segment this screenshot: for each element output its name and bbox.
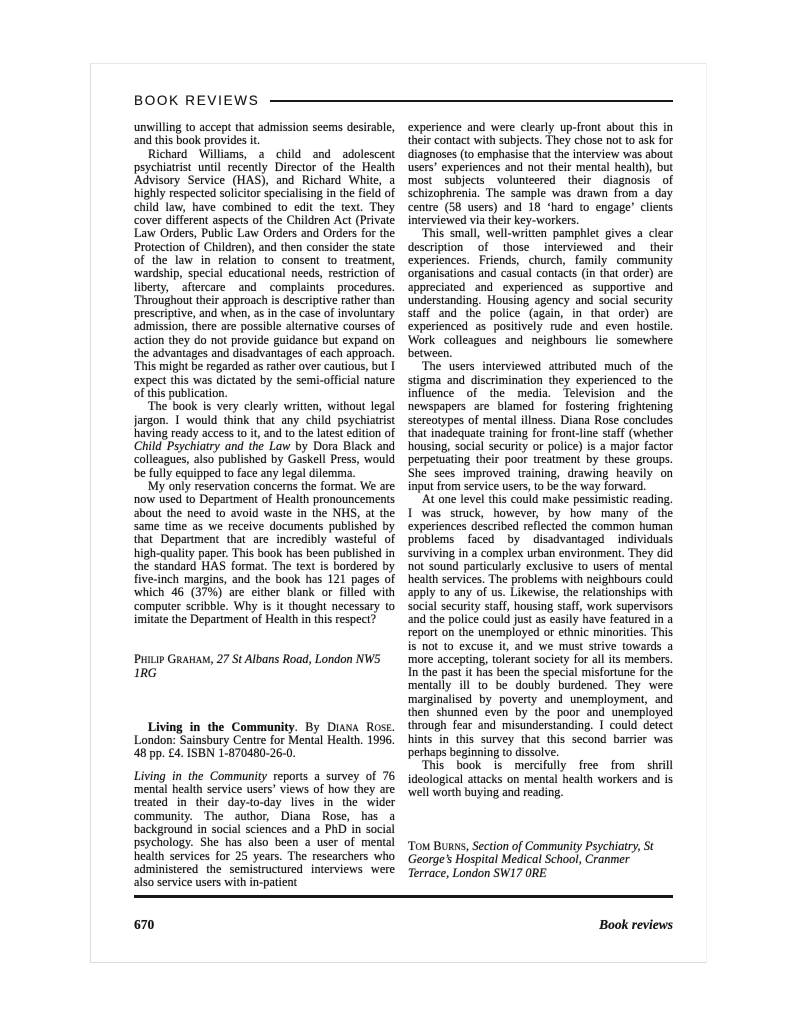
text-columns: unwilling to accept that admission seems… bbox=[134, 121, 673, 895]
body-paragraph: This small, well-written pamphlet gives … bbox=[408, 227, 673, 360]
running-title: Book reviews bbox=[599, 917, 673, 933]
body-paragraph: Living in the Community reports a survey… bbox=[134, 770, 395, 890]
paragraph-text: reports a survey of 76 mental health ser… bbox=[134, 769, 395, 889]
body-paragraph: unwilling to accept that admission seems… bbox=[134, 121, 395, 148]
reviewer-name: Philip Graham bbox=[134, 652, 210, 666]
review-heading: Living in the Community. By Diana Rose. … bbox=[134, 721, 395, 761]
body-paragraph: My only reservation concerns the format.… bbox=[134, 480, 395, 626]
cited-book-title: Child Psychiatry and the Law bbox=[134, 439, 290, 453]
body-paragraph: The book is very clearly written, withou… bbox=[134, 400, 395, 480]
heading-by: . By bbox=[295, 720, 327, 734]
page-header: BOOK REVIEWS bbox=[134, 93, 673, 108]
book-author: Diana Rose bbox=[327, 720, 392, 734]
reviewer-signature: Tom Burns, Section of Community Psychiat… bbox=[408, 840, 673, 880]
body-paragraph: This book is mercifully free from shrill… bbox=[408, 759, 673, 799]
reviewer-signature: Philip Graham, 27 St Albans Road, London… bbox=[134, 653, 395, 680]
body-paragraph: The users interviewed attributed much of… bbox=[408, 360, 673, 493]
column-right: experience and were clearly up-front abo… bbox=[408, 121, 673, 895]
page-number: 670 bbox=[134, 917, 154, 933]
section-title: BOOK REVIEWS bbox=[134, 93, 259, 108]
column-left: unwilling to accept that admission seems… bbox=[134, 121, 395, 895]
body-paragraph: Richard Williams, a child and adolescent… bbox=[134, 148, 395, 401]
paragraph-text: The book is very clearly written, withou… bbox=[134, 399, 395, 440]
body-paragraph: At one level this could make pessimistic… bbox=[408, 493, 673, 759]
journal-page: BOOK REVIEWS unwilling to accept that ad… bbox=[90, 63, 707, 963]
reviewer-name: Tom Burns bbox=[408, 839, 466, 853]
book-title: Living in the Community bbox=[148, 720, 295, 734]
cited-book-title: Living in the Community bbox=[134, 769, 267, 783]
header-rule bbox=[270, 100, 673, 103]
page-footer: 670 Book reviews bbox=[134, 917, 673, 933]
body-paragraph: experience and were clearly up-front abo… bbox=[408, 121, 673, 227]
footer-rule bbox=[134, 895, 673, 898]
